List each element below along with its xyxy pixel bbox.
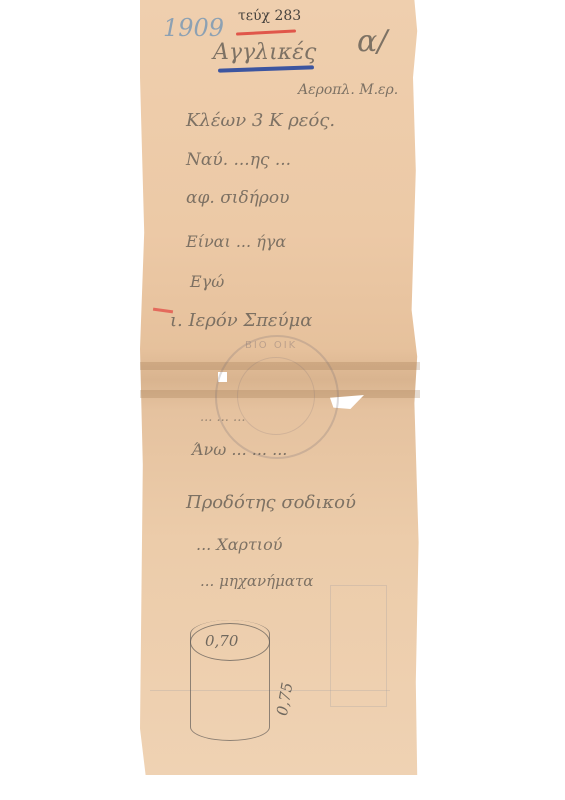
- line-10: Προδότης σοδικού: [186, 492, 356, 513]
- line-2: Κλέων 3 Κ ρεός.: [186, 110, 335, 131]
- reference-number: τεύχ 283: [238, 8, 301, 24]
- line-6: Εγώ: [190, 272, 224, 291]
- line-8: ... ... ...: [200, 410, 245, 425]
- year: 1909: [163, 14, 224, 42]
- line-12: ... μηχανήματα: [200, 572, 313, 590]
- diameter-label: 0,70: [205, 632, 238, 650]
- title: Αγγλικές: [213, 40, 316, 65]
- corner-mark: α/: [357, 24, 387, 59]
- line-7: ι. Ιερόν Σπεύμα: [170, 310, 312, 331]
- line-9: Άνω ... ... ...: [192, 440, 287, 459]
- archive-stamp-text: ΒΙΟ ΟΙΚ: [245, 340, 297, 351]
- line-5: Είναι ... ήγα: [186, 232, 286, 251]
- line-4: αφ. σιδήρου: [186, 188, 289, 208]
- line-1: Αεροπλ. Μ.ερ.: [298, 82, 398, 98]
- archive-stamp-inner: [237, 357, 315, 435]
- line-3: Ναύ. ...ης ...: [186, 150, 291, 170]
- line-11: ... Χαρτιού: [196, 535, 282, 554]
- faint-printed-box: [330, 585, 387, 707]
- faint-printed-line: [150, 690, 390, 692]
